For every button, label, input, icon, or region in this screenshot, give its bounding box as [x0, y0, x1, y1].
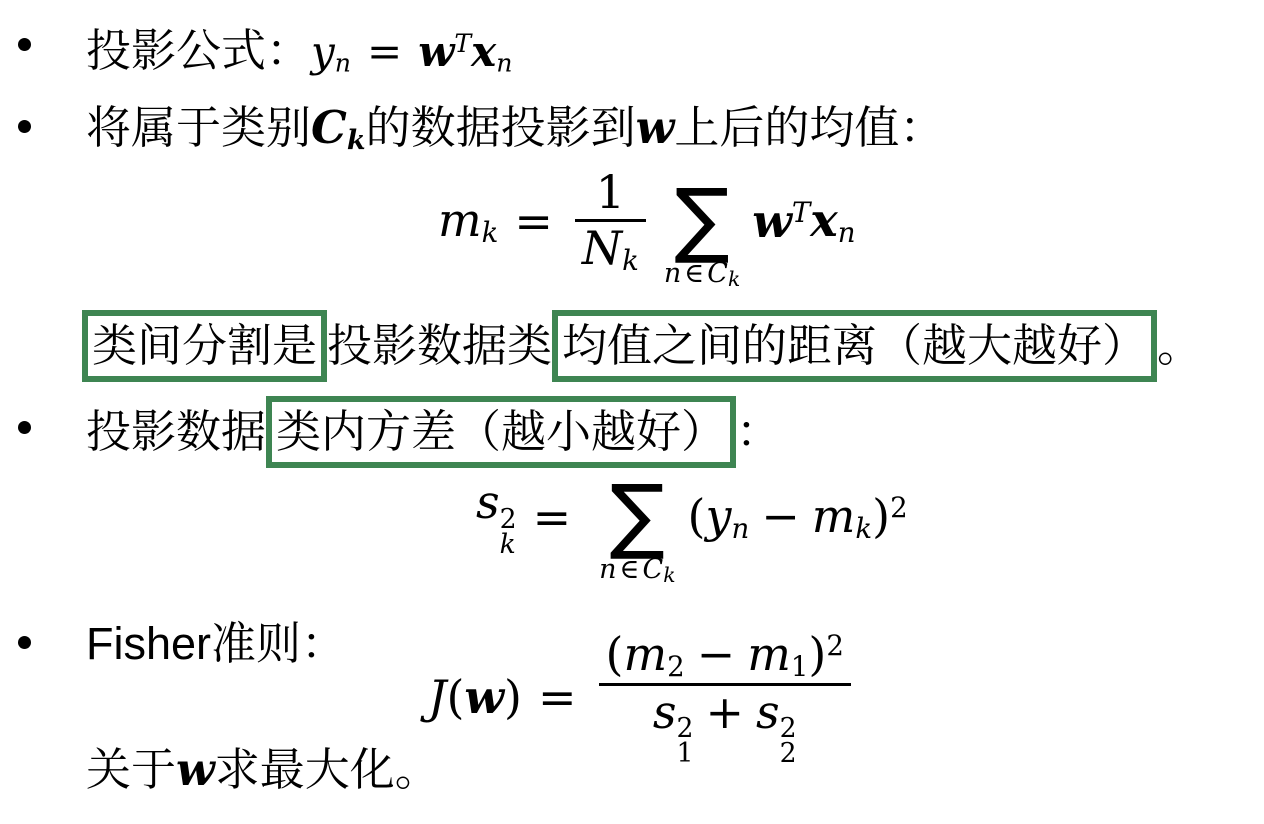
supsub-stack: 22 [780, 716, 797, 767]
left-paren: ( [687, 489, 705, 543]
math-w: w [636, 101, 675, 154]
bullet-dot [18, 421, 31, 434]
left-paren: ( [446, 670, 464, 724]
math-m: m [438, 193, 482, 247]
math-x: x [810, 193, 837, 247]
bullet4-line: Fisher准则： [86, 612, 346, 676]
math-y: y [311, 27, 335, 76]
math-m: m [812, 489, 856, 543]
math-x-n: xn [810, 194, 855, 249]
highlight-box-within-class-variance: 类内方差（越小越好） [266, 396, 736, 468]
limit-class-sub: k [728, 267, 740, 291]
bullet3-colon: ： [736, 407, 781, 457]
mean-formula: mk = 1 Nk ∑ n∈Ck wT xn [438, 166, 855, 277]
minus-sign: − [697, 627, 736, 681]
equals-sign: = [538, 671, 577, 724]
math-s1-sub: 1 [676, 741, 693, 766]
math-m-sub: k [482, 216, 499, 249]
bullet-dot [18, 120, 31, 133]
summation: ∑ n∈Ck [599, 483, 675, 585]
limit-n: n [599, 554, 616, 585]
limit-class: C [707, 258, 728, 289]
fraction-numerator: (m2−m1)2 [599, 628, 851, 683]
squared-exponent: 2 [826, 629, 844, 662]
squared-difference: (yn−mk)2 [687, 490, 907, 545]
math-x-sub: n [838, 216, 856, 249]
math-J-of-w: J(w) [428, 671, 522, 724]
math-s2-k: s2k [476, 476, 517, 557]
math-w-sup: T [454, 29, 471, 58]
variance-formula: s2k = ∑ n∈Ck (yn−mk)2 [476, 466, 908, 568]
math-s-sub: k [500, 532, 516, 557]
closing-text-1: 关于 [86, 745, 176, 795]
supsub-stack: 21 [676, 716, 693, 767]
bullet-dot [18, 38, 31, 51]
bullet2-text-3: 上后的均值： [674, 103, 944, 153]
plus-sign: + [705, 685, 744, 739]
closing-text-2: 求最大化。 [215, 745, 440, 795]
equals-sign: = [514, 195, 553, 248]
separation-period: 。 [1157, 321, 1202, 371]
math-s: s [476, 475, 500, 529]
math-y-sub: n [731, 512, 749, 545]
right-paren: ) [872, 489, 890, 543]
limit-n: n [664, 258, 681, 289]
math-w-T: wT [752, 195, 810, 248]
element-of-symbol: ∈ [684, 258, 704, 289]
math-s1: s [653, 685, 677, 739]
highlight-box-mean-distance: 均值之间的距离（越大越好） [552, 310, 1157, 382]
bullet2-line: 将属于类别Ck的数据投影到w上后的均值： [86, 96, 944, 173]
projection-formula: yn=wTxn [311, 30, 512, 76]
math-m-k: mk [438, 194, 498, 249]
closing-line: 关于w求最大化。 [86, 738, 440, 802]
fraction-denominator: s21+s22 [646, 686, 804, 767]
criterion-label: 准则： [211, 619, 346, 669]
highlight-box-between-class: 类间分割是 [82, 310, 327, 382]
separation-line: 类间分割是投影数据类均值之间的距离（越大越好）。 [82, 310, 1202, 382]
math-x-sub: n [496, 48, 512, 77]
right-paren: ) [808, 627, 826, 681]
math-m2: m [623, 627, 667, 681]
math-s2-sub: 2 [780, 741, 797, 766]
fraction: 1 Nk [575, 166, 646, 277]
bullet3-text-1: 投影数据 [86, 407, 266, 457]
class-symbol: C [311, 101, 347, 154]
equals-sign: = [367, 27, 402, 76]
math-w: w [176, 743, 215, 796]
separation-middle-text: 投影数据类 [327, 321, 552, 371]
summation-limits: n∈Ck [664, 260, 740, 289]
bullet-dot [18, 636, 31, 649]
math-s2: s [756, 685, 780, 739]
fisher-criterion-formula: J(w) = (m2−m1)2 s21+s22 [428, 628, 857, 767]
fisher-label: Fisher [86, 618, 211, 669]
bullet3-line: 投影数据类内方差（越小越好）： [86, 396, 781, 468]
supsub-stack: 2k [500, 507, 517, 558]
equals-sign: = [533, 491, 572, 544]
element-of-symbol: ∈ [620, 554, 640, 585]
math-y-sub: n [335, 48, 351, 77]
math-m-sub: k [855, 512, 872, 545]
minus-sign: − [761, 489, 800, 543]
math-w: w [752, 194, 792, 248]
fraction: (m2−m1)2 s21+s22 [599, 628, 851, 767]
math-m2-sub: 2 [667, 650, 685, 683]
bullet2-text-2: 的数据投影到 [366, 103, 636, 153]
fraction-numerator: 1 [589, 166, 632, 219]
slide: 投影公式：yn=wTxn 将属于类别Ck的数据投影到w上后的均值： mk = 1… [0, 0, 1264, 824]
class-symbol-sub: k [347, 125, 366, 156]
left-paren: ( [606, 627, 624, 681]
math-w: w [464, 670, 504, 724]
sigma-symbol: ∑ [674, 187, 729, 253]
math-m1: m [747, 627, 791, 681]
summation-limits: n∈Ck [599, 556, 675, 585]
math-x: x [471, 27, 496, 76]
math-w: w [418, 27, 454, 76]
fraction-denominator: Nk [575, 222, 646, 277]
limit-class-sub: k [663, 563, 675, 587]
right-paren: ) [504, 670, 522, 724]
squared-exponent: 2 [890, 490, 908, 523]
bullet2-text-1: 将属于类别 [86, 103, 311, 153]
math-N-sub: k [622, 244, 639, 277]
bullet1-line: 投影公式：yn=wTxn [86, 12, 512, 95]
limit-class: C [643, 554, 664, 585]
bullet1-label: 投影公式： [86, 26, 311, 76]
summation: ∑ n∈Ck [664, 187, 740, 289]
math-J: J [428, 670, 446, 724]
math-y: y [705, 489, 731, 543]
sigma-symbol: ∑ [610, 483, 665, 549]
math-w-sup: T [792, 196, 810, 229]
math-N: N [582, 221, 622, 275]
math-m1-sub: 1 [791, 650, 809, 683]
